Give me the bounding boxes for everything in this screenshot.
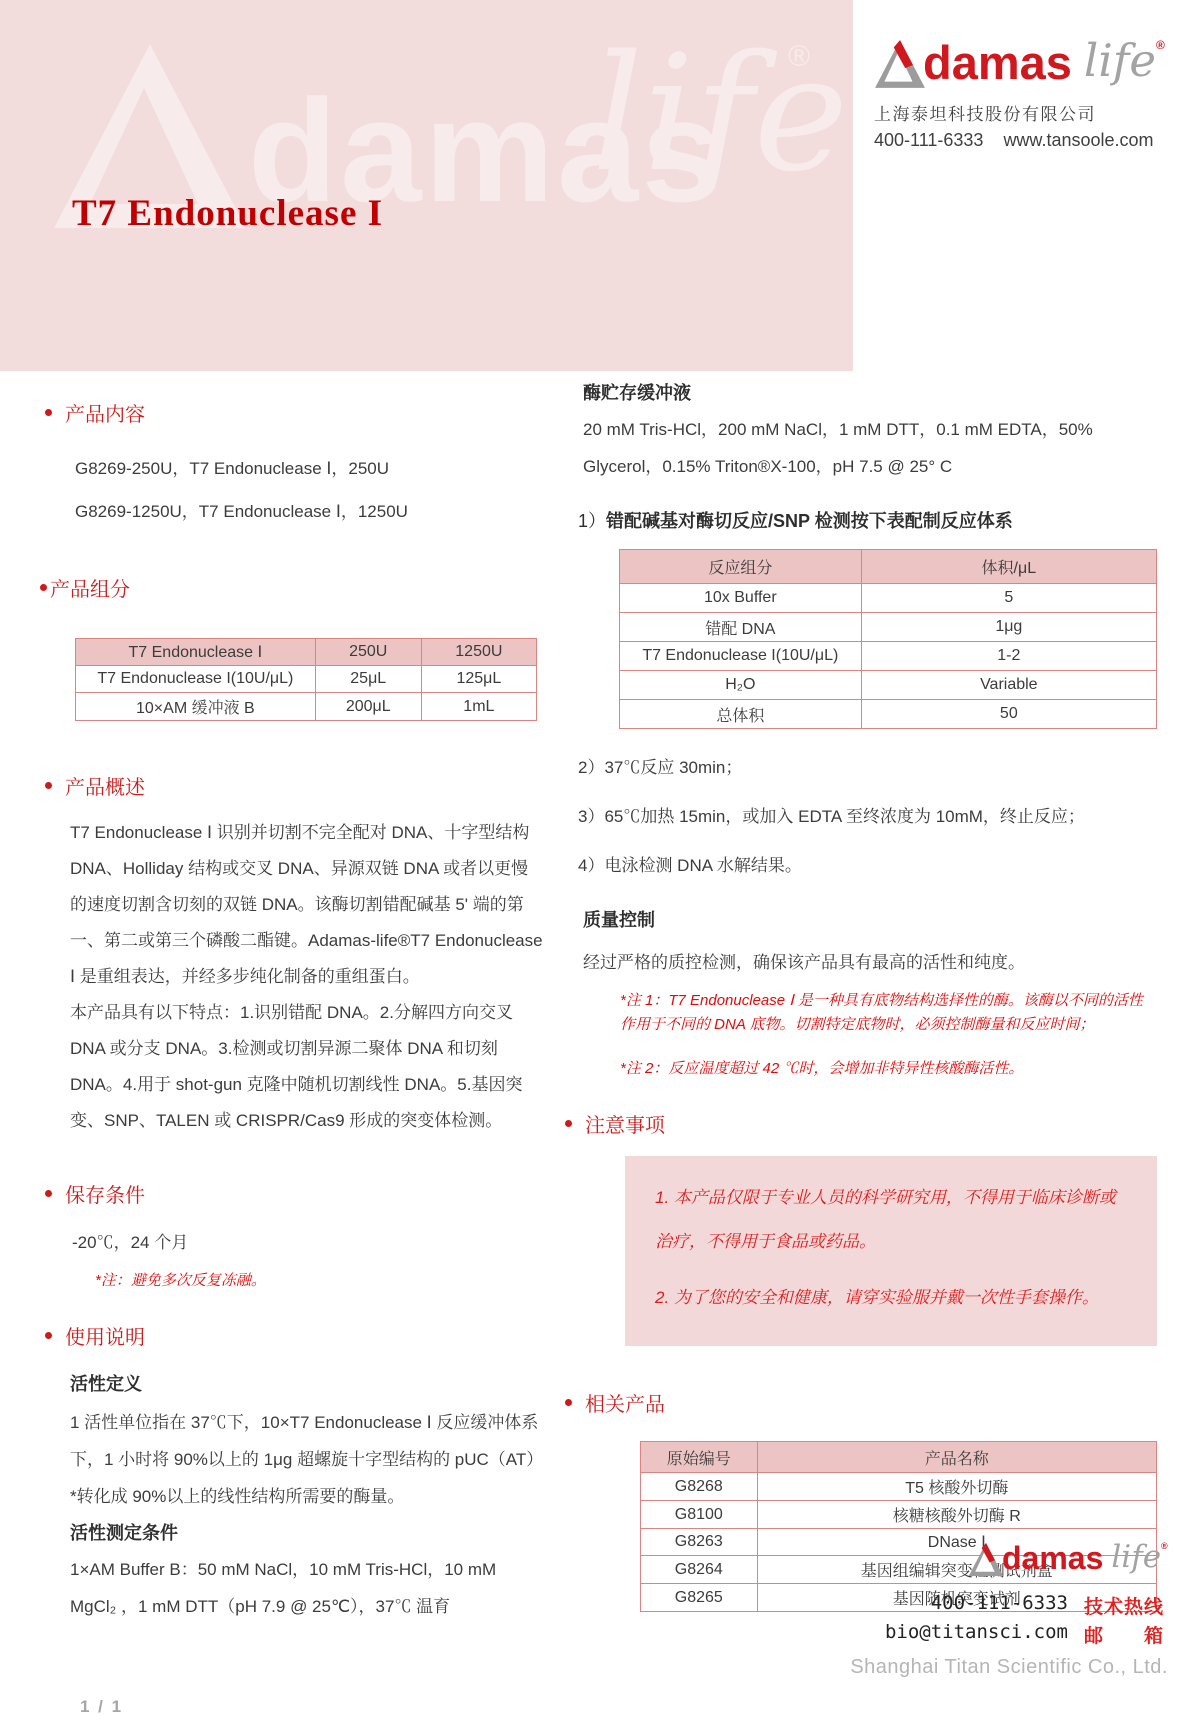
adamas-triangle-logo-icon: [968, 1540, 1004, 1579]
adamas-life-logo: damas life ®: [874, 36, 1174, 92]
step-title: 错配碱基对酶切反应/SNP 检测按下表配制反应体系: [606, 511, 1013, 531]
section-heading-label: 相关产品: [585, 1388, 665, 1417]
cell: T5 核酸外切酶: [757, 1473, 1156, 1501]
column-header: 原始编号: [641, 1442, 758, 1473]
step-number: 1）: [578, 511, 606, 531]
cell: 5: [861, 584, 1156, 613]
email-label: 邮 箱: [1084, 1621, 1164, 1648]
qc-text: 经过严格的质控检测，确保该产品具有最高的活性和纯度。: [583, 948, 1160, 973]
table-row: 错配 DNA 1μg: [620, 613, 1157, 642]
activity-definition-title: 活性定义: [70, 1370, 545, 1396]
section-heading-label: 产品概述: [65, 771, 145, 800]
footer-adamas-life-logo: damas life ®: [968, 1540, 1168, 1579]
hotline-number: 400-111-6333: [885, 1592, 1068, 1619]
company-name-en: Shanghai Titan Scientific Co., Ltd.: [850, 1656, 1168, 1679]
section-heading-label: 注意事项: [585, 1109, 665, 1138]
section-heading-label: 使用说明: [65, 1321, 145, 1350]
cell: 总体积: [620, 700, 862, 729]
protocol-step: 4）电泳检测 DNA 水解结果。: [578, 851, 1160, 876]
section-heading-product-content: 产品内容: [45, 398, 545, 427]
section-heading-storage: 保存条件: [45, 1179, 545, 1208]
brand-block: damas life ® 上海泰坦科技股份有限公司 400-111-6333 w…: [874, 36, 1174, 151]
cell: 1mL: [421, 693, 536, 721]
table-row: G8100 核糖核酸外切酶 R: [641, 1501, 1157, 1529]
activity-condition-text: 1×AM Buffer B：50 mM NaCl，10 mM Tris-HCl，…: [70, 1551, 545, 1625]
table-row: H₂O Variable: [620, 671, 1157, 700]
page-number: 1 / 1: [80, 1697, 123, 1717]
table-row: 10×AM 缓冲液 B 200μL 1mL: [76, 693, 537, 721]
cell: T7 Endonuclease I(10U/μL): [620, 642, 862, 671]
section-heading-label: 产品组分: [50, 573, 130, 602]
precaution-item: 2. 为了您的安全和健康，请穿实验服并戴一次性手套操作。: [655, 1276, 1129, 1320]
logo-life-text: life: [1084, 36, 1156, 86]
column-header: 产品名称: [757, 1442, 1156, 1473]
catalog-item: G8269-250U，T7 Endonuclease Ⅰ，250U: [75, 447, 545, 490]
components-table: T7 Endonuclease Ⅰ 250U 1250U T7 Endonucl…: [75, 638, 537, 721]
column-header: 体积/μL: [861, 550, 1156, 584]
table-row: T7 Endonuclease I(10U/μL) 25μL 125μL: [76, 666, 537, 693]
cell: 错配 DNA: [620, 613, 862, 642]
cell: 50: [861, 700, 1156, 729]
cell: 1-2: [861, 642, 1156, 671]
cell: T7 Endonuclease I(10U/μL): [76, 666, 316, 693]
column-header: 250U: [315, 639, 421, 666]
bullet-icon: [45, 782, 52, 789]
table-header-row: T7 Endonuclease Ⅰ 250U 1250U: [76, 639, 537, 666]
cell: G8264: [641, 1556, 758, 1584]
table-row: 总体积 50: [620, 700, 1157, 729]
qc-heading: 质量控制: [583, 906, 1160, 932]
storage-note: *注：避免多次反复冻融。: [95, 1269, 545, 1293]
section-heading-components: 产品组分: [40, 573, 545, 602]
activity-definition-text: 1 活性单位指在 37℃下，10×T7 Endonuclease Ⅰ 反应缓冲体…: [70, 1404, 545, 1515]
catalog-item: G8269-1250U，T7 Endonuclease Ⅰ，1250U: [75, 490, 545, 533]
header-website-link[interactable]: www.tansoole.com: [1003, 130, 1153, 151]
section-heading-label: 保存条件: [65, 1179, 145, 1208]
cell: 核糖核酸外切酶 R: [757, 1501, 1156, 1529]
cell: 200μL: [315, 693, 421, 721]
column-header: 反应组分: [620, 550, 862, 584]
bullet-icon: [40, 584, 47, 591]
related-products-table: 原始编号 产品名称 G8268 T5 核酸外切酶 G8100 核糖核酸外切酶 R…: [640, 1441, 1157, 1612]
section-heading-overview: 产品概述: [45, 771, 545, 800]
cell: G8265: [641, 1584, 758, 1612]
logo-life-text: life: [1111, 1540, 1161, 1574]
left-column: 产品内容 G8269-250U，T7 Endonuclease Ⅰ，250U G…: [45, 371, 545, 1625]
cell: 25μL: [315, 666, 421, 693]
cell: 125μL: [421, 666, 536, 693]
right-column: 酶贮存缓冲液 20 mM Tris-HCl，200 mM NaCl，1 mM D…: [578, 371, 1160, 1612]
registered-mark: ®: [1156, 38, 1165, 52]
qc-note-2: *注 2：反应温度超过 42 ℃时，会增加非特异性核酸酶活性。: [620, 1057, 1144, 1081]
qc-note-1: *注 1：T7 Endonuclease Ⅰ 是一种具有底物结构选择性的酶。该酶…: [620, 989, 1144, 1037]
protocol-step: 3）65℃加热 15min，或加入 EDTA 至终浓度为 10mM，终止反应；: [578, 802, 1160, 827]
logo-brand-text: damas: [1002, 1540, 1103, 1577]
table-row: 10x Buffer 5: [620, 584, 1157, 613]
cell: G8100: [641, 1501, 758, 1529]
overview-paragraph: 本产品具有以下特点：1.识别错配 DNA。2.分解四方向交叉 DNA 或分支 D…: [70, 995, 545, 1139]
bullet-icon: [45, 409, 52, 416]
precautions-box: 1. 本产品仅限于专业人员的科学研究用，不得用于临床诊断或治疗，不得用于食品或药…: [625, 1156, 1157, 1346]
cell: G8268: [641, 1473, 758, 1501]
cell: 10×AM 缓冲液 B: [76, 693, 316, 721]
cell: 10x Buffer: [620, 584, 862, 613]
hotline-label: 技术热线: [1084, 1592, 1164, 1619]
activity-condition-title: 活性测定条件: [70, 1519, 545, 1545]
cell: Variable: [861, 671, 1156, 700]
cell: 1μg: [861, 613, 1156, 642]
header-banner: damas life ® T7 Endonuclease I: [0, 0, 853, 371]
logo-brand-text: damas: [923, 36, 1072, 90]
email-link[interactable]: bio@titansci.com: [885, 1621, 1068, 1648]
bullet-icon: [45, 1332, 52, 1339]
registered-mark: ®: [1161, 1541, 1168, 1551]
overview-paragraph: T7 Endonuclease Ⅰ 识别并切割不完全配对 DNA、十字型结构 D…: [70, 815, 545, 995]
registered-mark-watermark: ®: [788, 40, 810, 74]
table-row: T7 Endonuclease I(10U/μL) 1-2: [620, 642, 1157, 671]
bullet-icon: [565, 1399, 572, 1406]
company-name-cn: 上海泰坦科技股份有限公司: [874, 100, 1174, 125]
precaution-item: 1. 本产品仅限于专业人员的科学研究用，不得用于临床诊断或治疗，不得用于食品或药…: [655, 1176, 1129, 1264]
storage-condition: -20℃，24 个月: [72, 1228, 545, 1253]
table-row: G8268 T5 核酸外切酶: [641, 1473, 1157, 1501]
column-header: T7 Endonuclease Ⅰ: [76, 639, 316, 666]
section-heading-usage: 使用说明: [45, 1321, 545, 1350]
datasheet-page: damas life ® T7 Endonuclease I damas lif…: [0, 0, 1190, 1730]
cell: G8263: [641, 1529, 758, 1556]
footer-contact-block: 400-111-6333 技术热线 bio@titansci.com 邮 箱: [885, 1592, 1164, 1648]
buffer-text: 20 mM Tris-HCl，200 mM NaCl，1 mM DTT，0.1 …: [583, 411, 1160, 485]
section-heading-precautions: 注意事项: [565, 1109, 1160, 1138]
adamas-triangle-logo-icon: [874, 36, 926, 92]
buffer-heading: 酶贮存缓冲液: [583, 379, 1160, 405]
column-header: 1250U: [421, 639, 536, 666]
reaction-setup-heading: 1）错配碱基对酶切反应/SNP 检测按下表配制反应体系: [578, 507, 1160, 533]
page-title: T7 Endonuclease I: [72, 192, 383, 235]
table-header-row: 原始编号 产品名称: [641, 1442, 1157, 1473]
table-header-row: 反应组分 体积/μL: [620, 550, 1157, 584]
section-heading-related: 相关产品: [565, 1388, 1160, 1417]
header-phone: 400-111-6333: [874, 130, 983, 151]
section-heading-label: 产品内容: [65, 398, 145, 427]
protocol-step: 2）37℃反应 30min；: [578, 753, 1160, 778]
reaction-table: 反应组分 体积/μL 10x Buffer 5 错配 DNA 1μg T7 En…: [619, 549, 1157, 729]
bullet-icon: [565, 1120, 572, 1127]
bullet-icon: [45, 1190, 52, 1197]
cell: H₂O: [620, 671, 862, 700]
